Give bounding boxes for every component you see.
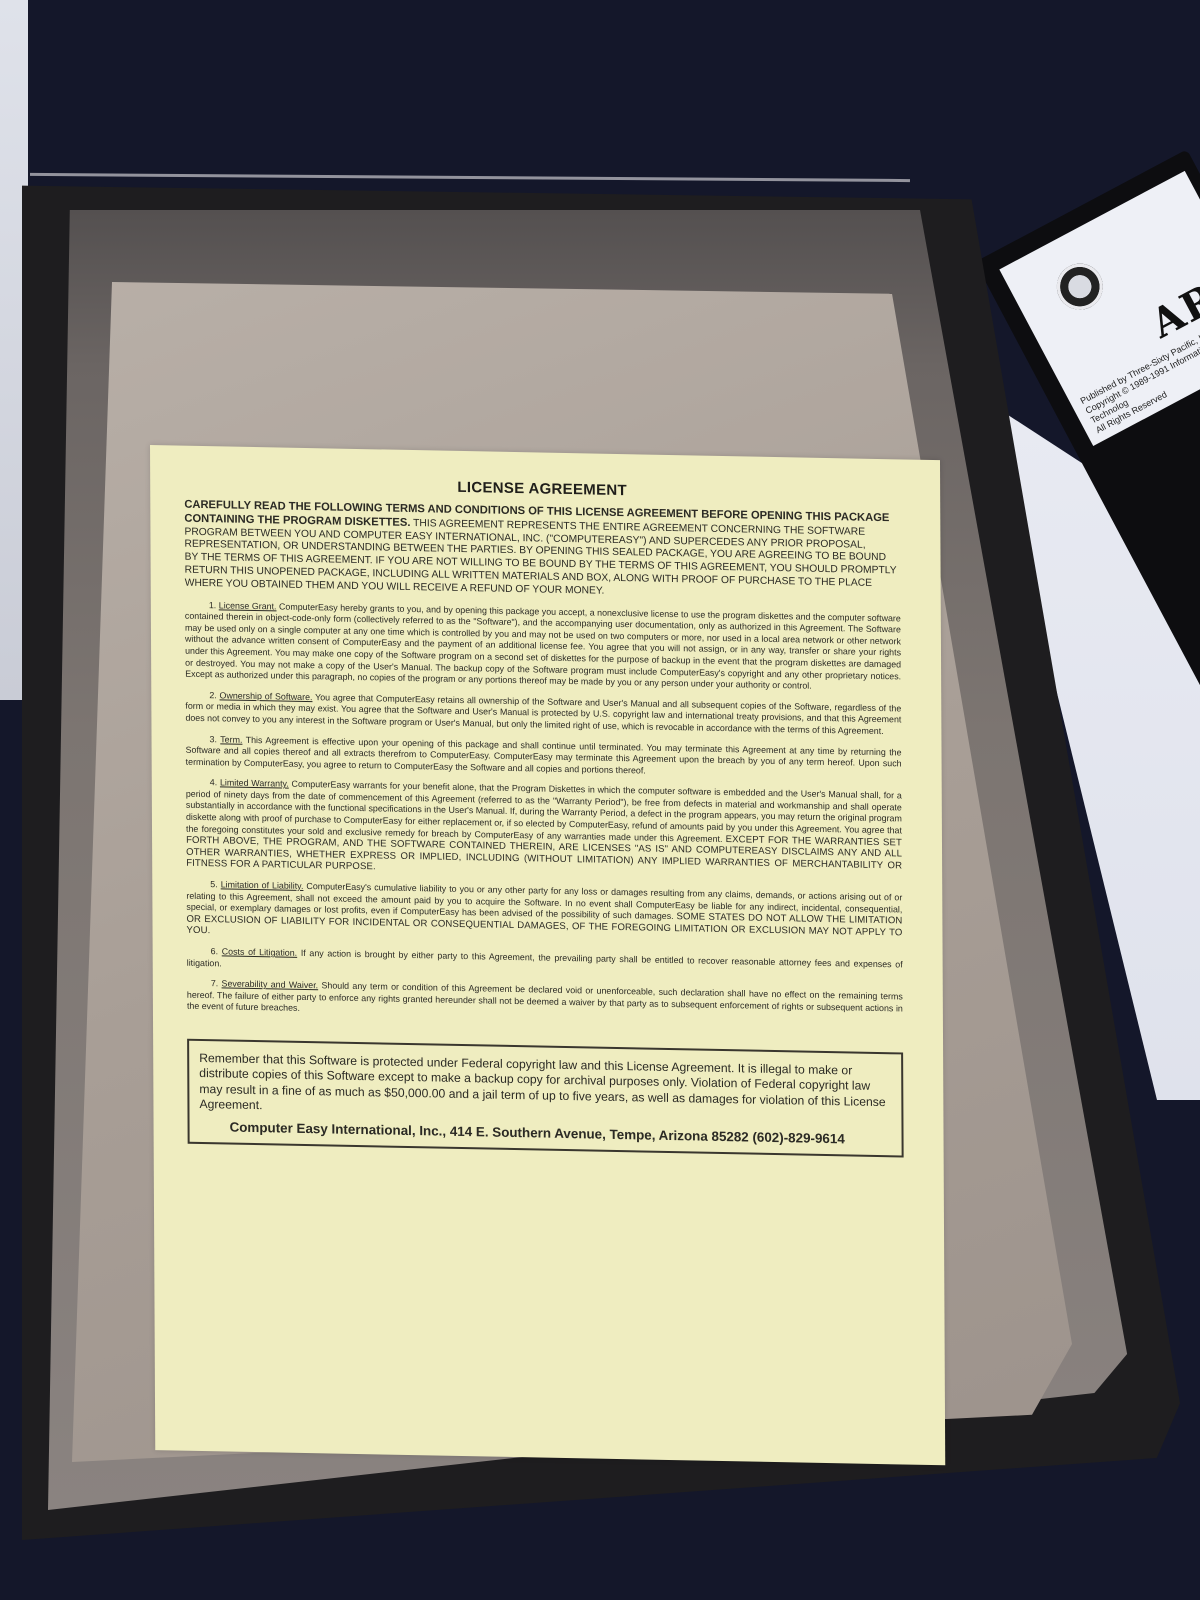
section-heading: License Grant. <box>219 600 277 611</box>
notice-text: Remember that this Software is protected… <box>199 1051 891 1126</box>
section-limited-warranty: 4. Limited Warranty. ComputerEasy warran… <box>186 777 902 884</box>
section-text: This Agreement is effective upon your op… <box>186 734 902 775</box>
three-sixty-logo-icon <box>1049 256 1111 318</box>
section-heading: Term. <box>220 734 242 744</box>
section-number: 4. <box>186 777 217 788</box>
section-number: 7. <box>187 978 218 989</box>
section-number: 6. <box>187 946 218 957</box>
section-heading: Ownership of Software. <box>219 690 312 702</box>
section-number: 1. <box>185 599 216 610</box>
section-term: 3. Term. This Agreement is effective upo… <box>186 733 902 782</box>
section-text: ComputerEasy warrants for your benefit a… <box>186 779 902 844</box>
section-text: ComputerEasy hereby grants to you, and b… <box>185 601 901 691</box>
diskette-label: ARM Published by Three-Sixty Pacific, In… <box>999 171 1200 446</box>
section-costs-of-litigation: 6. Costs of Litigation. If any action is… <box>187 946 903 983</box>
section-number: 5. <box>186 879 217 890</box>
section-severability: 7. Severability and Waiver. Should any t… <box>187 978 903 1027</box>
box-rim <box>30 173 910 182</box>
copyright-notice-box: Remember that this Software is protected… <box>187 1039 904 1158</box>
diskette-title: ARM <box>1143 252 1200 347</box>
section-ownership: 2. Ownership of Software. You agree that… <box>185 689 901 738</box>
section-heading: Limitation of Liability. <box>221 879 304 891</box>
section-heading: Severability and Waiver. <box>222 979 319 991</box>
section-heading: Limited Warranty. <box>220 778 289 789</box>
license-preamble: CAREFULLY READ THE FOLLOWING TERMS AND C… <box>184 499 900 604</box>
section-number: 3. <box>186 733 217 744</box>
license-document: LICENSE AGREEMENT CAREFULLY READ THE FOL… <box>150 445 945 1465</box>
section-heading: Costs of Litigation. <box>222 946 297 957</box>
section-number: 2. <box>185 689 216 700</box>
preamble-text: THIS AGREEMENT REPRESENTS THE ENTIRE AGR… <box>184 518 896 597</box>
section-limitation-of-liability: 5. Limitation of Liability. ComputerEasy… <box>186 879 902 951</box>
section-license-grant: 1. License Grant. ComputerEasy hereby gr… <box>185 599 901 694</box>
